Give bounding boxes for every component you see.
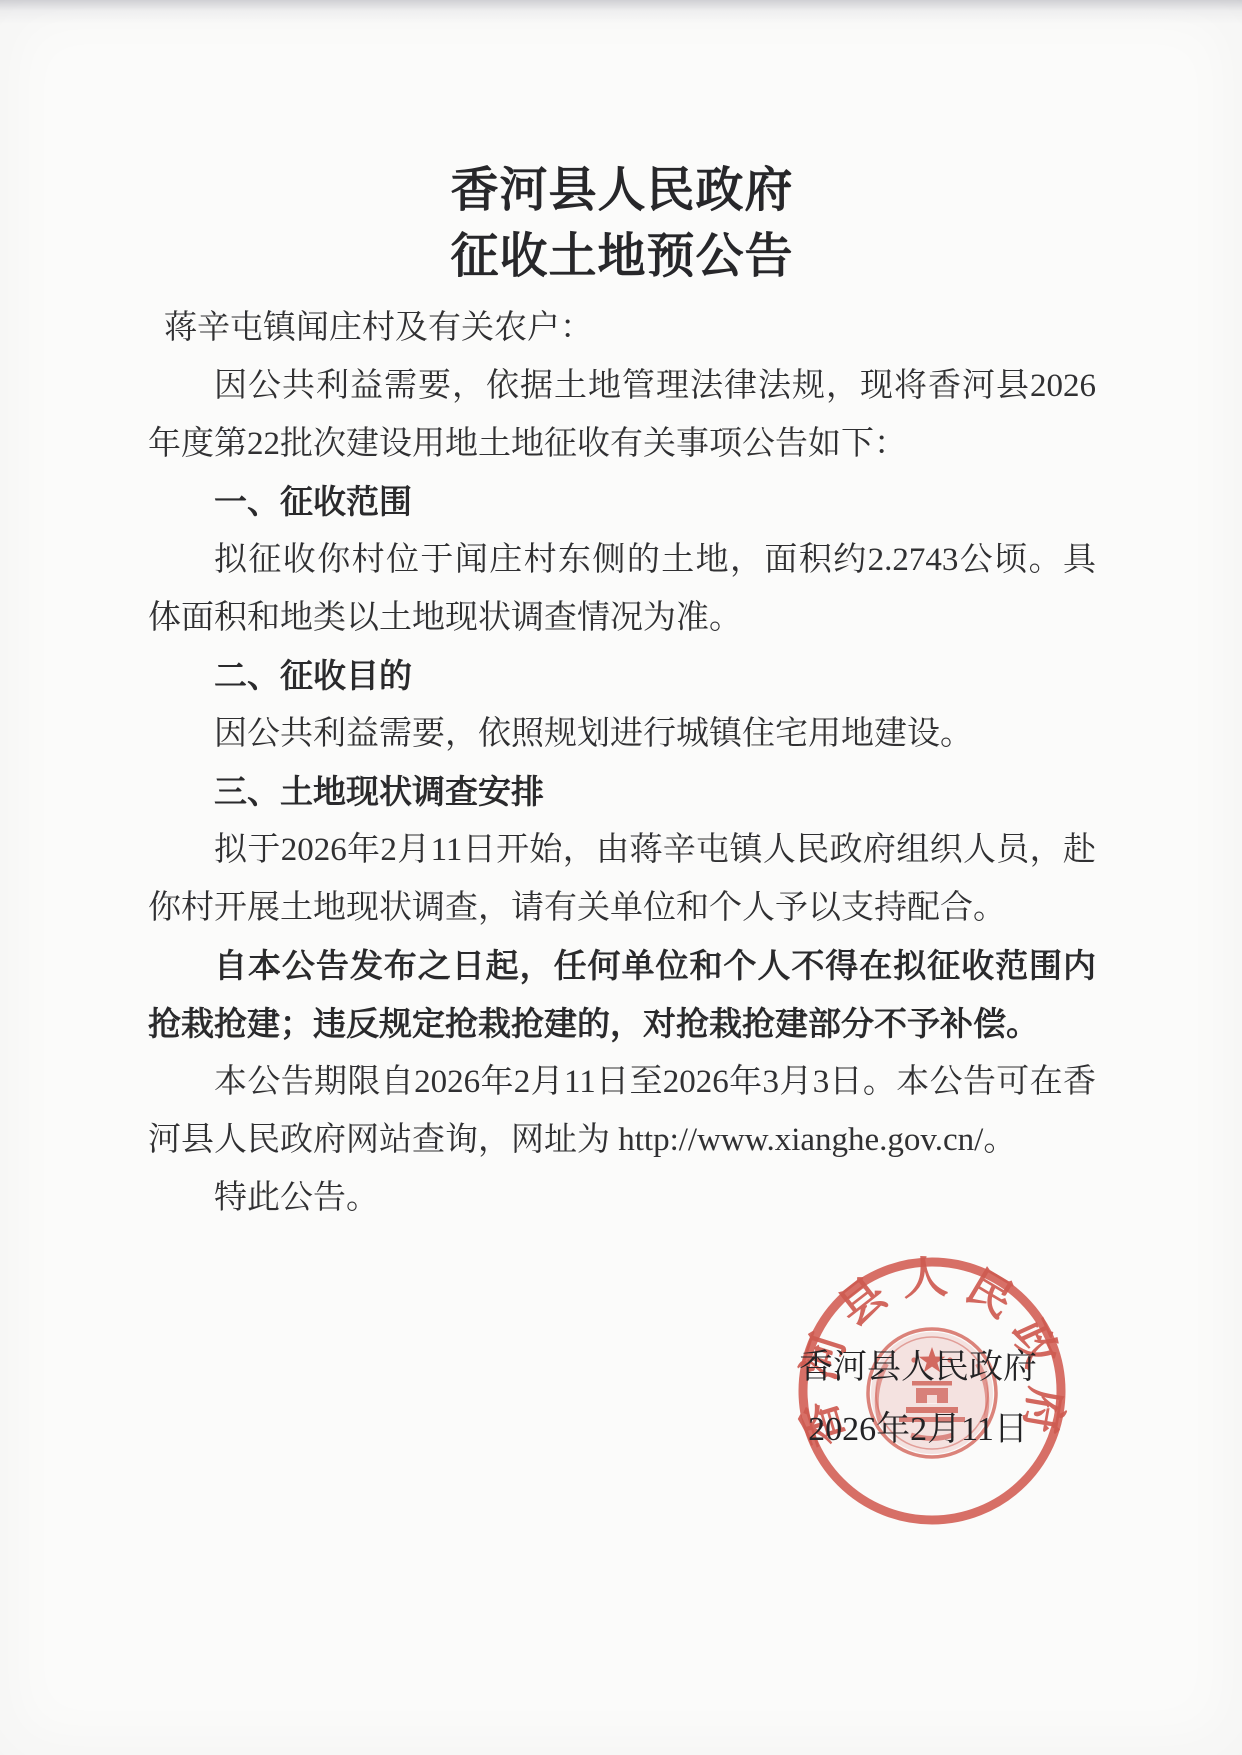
section-3-paragraph: 拟于2026年2月11日开始，由蒋辛屯镇人民政府组织人员，赴你村开展土地现状调查…	[148, 821, 1096, 937]
title-line-1: 香河县人民政府	[148, 158, 1096, 224]
notice-period-paragraph: 本公告期限自2026年2月11日至2026年3月3日。本公告可在香河县人民政府网…	[148, 1053, 1096, 1169]
section-3-heading: 三、土地现状调查安排	[148, 763, 1096, 821]
section-2-paragraph: 因公共利益需要，依照规划进行城镇住宅用地建设。	[148, 705, 1096, 763]
section-2-heading: 二、征收目的	[148, 647, 1096, 705]
intro-paragraph: 因公共利益需要，依据土地管理法律法规，现将香河县2026年度第22批次建设用地土…	[148, 357, 1096, 473]
warning-paragraph: 自本公告发布之日起，任何单位和个人不得在拟征收范围内抢栽抢建；违反规定抢栽抢建的…	[148, 937, 1096, 1053]
document-title: 香河县人民政府 征收土地预公告	[148, 158, 1096, 290]
section-1-paragraph: 拟征收你村位于闻庄村东侧的土地，面积约2.2743公顷。具体面积和地类以土地现状…	[148, 531, 1096, 647]
title-line-2: 征收土地预公告	[148, 224, 1096, 290]
closing-paragraph: 特此公告。	[148, 1169, 1096, 1227]
signature-block: 香河县人民政府 2026年2月11日	[799, 1337, 1037, 1461]
document-page: 香河县人民政府 征收土地预公告 蒋辛屯镇闻庄村及有关农户： 因公共利益需要，依据…	[0, 0, 1242, 1755]
document-body: 蒋辛屯镇闻庄村及有关农户： 因公共利益需要，依据土地管理法律法规，现将香河县20…	[148, 299, 1096, 1227]
salutation-line: 蒋辛屯镇闻庄村及有关农户：	[148, 299, 1096, 357]
scan-top-edge-shadow	[0, 0, 1242, 24]
section-1-heading: 一、征收范围	[148, 473, 1096, 531]
signature-date: 2026年2月11日	[799, 1399, 1037, 1461]
signature-issuer: 香河县人民政府	[799, 1337, 1037, 1399]
